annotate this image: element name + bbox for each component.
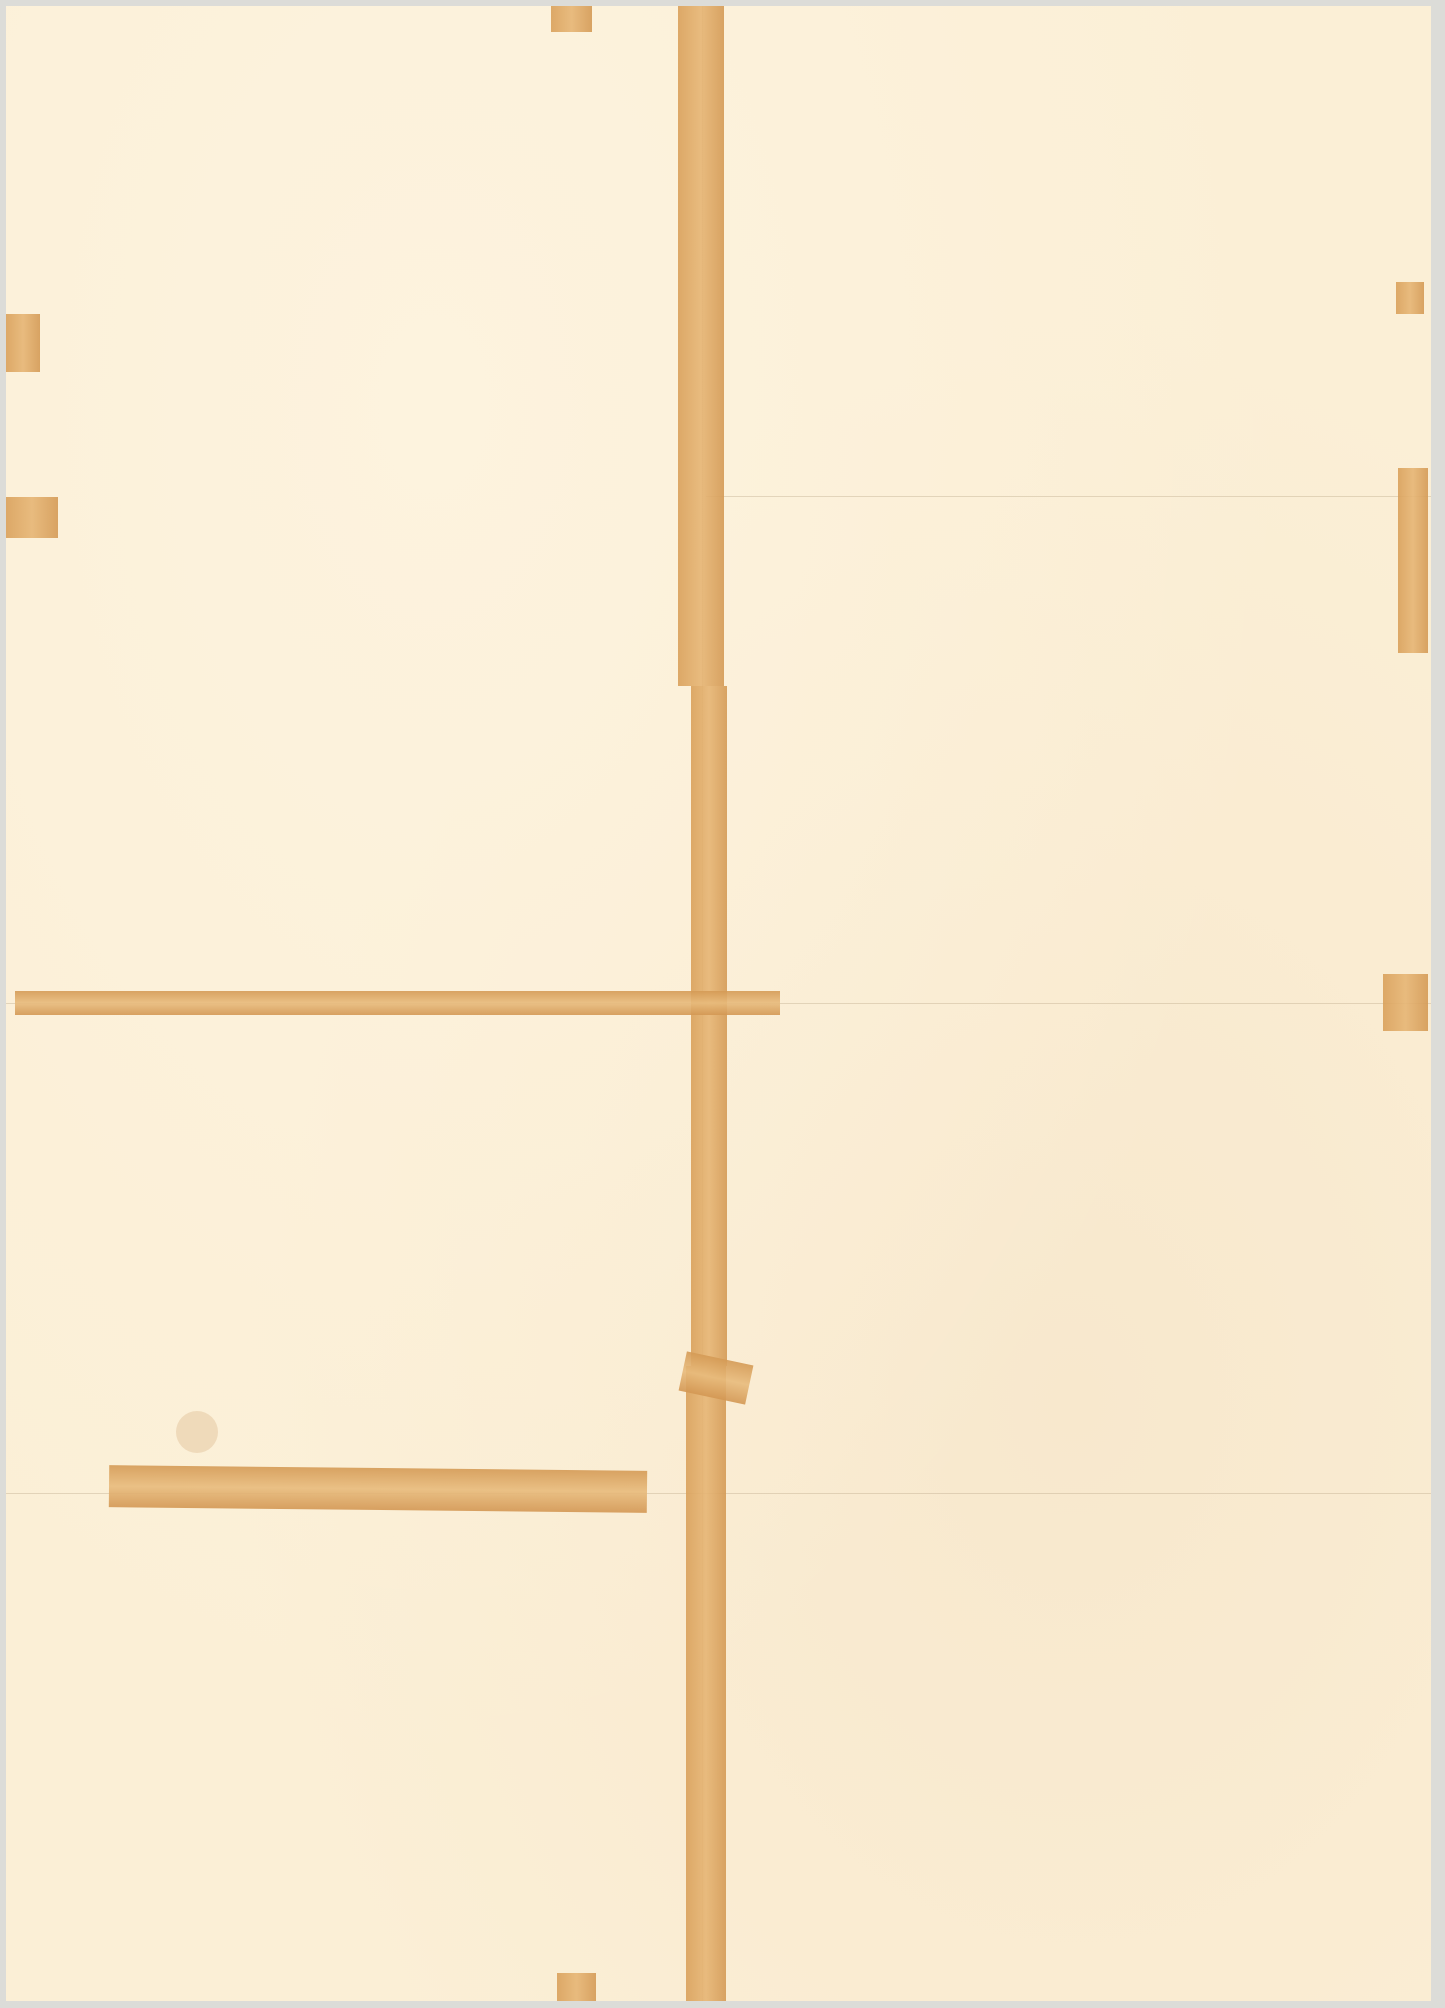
- tape-tab-right-upper: [1396, 282, 1424, 314]
- water-stain: [176, 1411, 218, 1453]
- tape-tab-top: [551, 6, 592, 32]
- tape-horizontal-lower: [109, 1465, 647, 1513]
- tape-tab-bottom: [557, 1973, 596, 2001]
- tape-vertical-center-bottom: [686, 1366, 726, 2001]
- tape-tab-right-middle: [1398, 468, 1428, 653]
- tape-horizontal-middle: [15, 991, 780, 1015]
- tape-vertical-center-mid: [691, 686, 727, 1366]
- poster-back-sheet: [6, 6, 1431, 2001]
- tape-vertical-center-top: [678, 6, 724, 686]
- tape-tab-right-lower: [1383, 974, 1428, 1031]
- fold-line-horizontal-upper: [706, 496, 1431, 497]
- tape-tab-left-upper: [6, 314, 40, 372]
- tape-tab-left-lower: [6, 497, 58, 538]
